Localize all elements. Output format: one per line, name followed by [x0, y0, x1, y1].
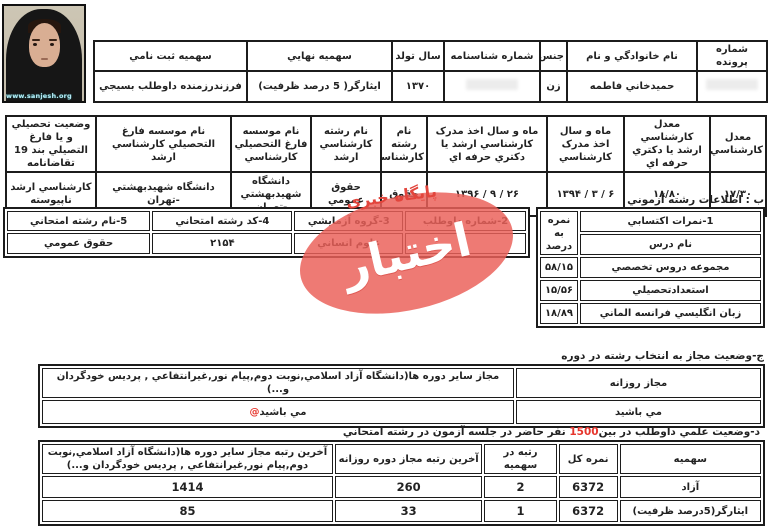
file-number-header: شماره پرونده [697, 41, 767, 71]
registration-quota-header: سهمیه ثبت نامي [94, 41, 247, 71]
msc-major-header: نام رشته کارشناسي ارشد [311, 116, 381, 172]
identity-table: شماره پرونده نام خانوادگي و نام جنس شمار… [93, 40, 768, 103]
rank-in-quota-value: 1 [484, 500, 556, 522]
bsc-gpa-header: معدل کارشناسي [710, 116, 766, 172]
total-score-value: 6372 [559, 476, 618, 498]
allowed-selection-table: مجاز روزانه مجاز سایر دوره ها(دانشگاه آز… [38, 364, 765, 428]
bsc-university-header: نام موسسه فارغ التحصیلي کارشناسي [231, 116, 311, 172]
sanjesh-watermark: www.sanjesh.org [6, 92, 72, 100]
quota-header: سهمیه [620, 444, 761, 474]
score-label: زبان انگلیسي فرانسه الماني [580, 303, 761, 324]
exam-field-name-header: 5-نام رشته امتحاني [7, 211, 150, 231]
other-periods-allowed-value: مي باشید@ [42, 400, 514, 424]
identity-header-row: شماره پرونده نام خانوادگي و نام جنس شمار… [94, 41, 767, 71]
ranks-header-row: سهمیه نمره کل رتبه در سهمیه آخرین رتبه م… [42, 444, 761, 474]
education-status-header: وضعیت تحصیلي و یا فارغ التصیلي بند 19 تق… [6, 116, 96, 172]
quota-value: آزاد [620, 476, 761, 498]
exam-info-header-row: 2-شماره داوطلب 3-گروه آزمایشي 4-کد رشته … [7, 211, 526, 231]
photo-mouth [41, 58, 48, 60]
daily-allowed-header: مجاز روزانه [516, 368, 761, 398]
final-quota-header: سهمیه نهایي [247, 41, 392, 71]
last-daily-rank-value: 33 [335, 500, 482, 522]
identity-value-row: حمیدخاني فاطمه زن ۱۳۷۰ ایثارگر( 5 درصد ظ… [94, 71, 767, 102]
allowed-value-row: مي باشید مي باشید@ [42, 400, 761, 424]
score-row: مجموعه دروس تخصصي ۵۸/۱۵ [540, 257, 761, 278]
redacted-value-blur [466, 79, 518, 90]
rank-row-isargar: ایثارگر(5درصد ظرفیت) 6372 1 33 85 [42, 500, 761, 522]
score-percent-header: نمره به درصد [540, 211, 578, 255]
exam-group-value: علوم انساني [294, 233, 403, 254]
last-daily-rank-header: آخرین رتبه مجاز دوره روزانه [335, 444, 482, 474]
redacted-value-blur [706, 79, 758, 90]
id-number-header: شماره شناسنامه [444, 41, 540, 71]
education-header-row: معدل کارشناسي معدل کارشناسي ارشد یا دکتر… [6, 116, 766, 172]
score-row: زبان انگلیسي فرانسه الماني ۱۸/۸۹ [540, 303, 761, 324]
section-c-title: ج-وضعیت مجاز به انتخاب رشته در دوره [561, 350, 764, 362]
last-other-rank-header: آخرین رتبه مجاز سایر دوره ها(دانشگاه آزا… [42, 444, 333, 474]
registration-quota-value: فرزندرزمنده داوطلب بسیجي [94, 71, 247, 102]
quota-value: ایثارگر(5درصد ظرفیت) [620, 500, 761, 522]
section-d-title-pre: د-وضعیت علمي داوطلب در بین [599, 426, 760, 438]
exam-info-table: 2-شماره داوطلب 3-گروه آزمایشي 4-کد رشته … [3, 207, 530, 258]
last-daily-rank-value: 260 [335, 476, 482, 498]
full-name-value: حمیدخاني فاطمه [567, 71, 697, 102]
daily-allowed-value: مي باشید [516, 400, 761, 424]
photo-brow-right [49, 39, 57, 41]
bsc-major-header: نام رشته کارشناسي [381, 116, 427, 172]
gender-header: جنس [540, 41, 567, 71]
exam-result-document: { "meta": { "lang": "fa", "direction": "… [0, 0, 768, 528]
exam-field-name-value: حقوق عمومي [7, 233, 150, 254]
msc-university-header: نام موسسه فارغ التحصیلي کارشناسي ارشد [96, 116, 231, 172]
daily-allowed-text: مي باشید [615, 407, 662, 418]
section-d-title-count: 1500 [569, 426, 598, 438]
msc-gpa-header: معدل کارشناسي ارشد یا دکتري حرفه اي [624, 116, 710, 172]
rank-results-table: سهمیه نمره کل رتبه در سهمیه آخرین رتبه م… [38, 440, 765, 526]
exam-group-header: 3-گروه آزمایشي [294, 211, 403, 231]
acquired-scores-header: 1-نمرات اکتسابي [580, 211, 761, 232]
total-score-header: نمره کل [559, 444, 618, 474]
score-row: استعدادتحصیلي ۱۵/۵۶ [540, 280, 761, 301]
allowed-header-row: مجاز روزانه مجاز سایر دوره ها(دانشگاه آز… [42, 368, 761, 398]
score-value: ۱۵/۵۶ [540, 280, 578, 301]
score-label: استعدادتحصیلي [580, 280, 761, 301]
course-name-header: نام درس [580, 234, 761, 255]
exam-info-value-row: علوم انساني ۲۱۵۴ حقوق عمومي [7, 233, 526, 254]
candidate-number-value [405, 233, 526, 254]
candidate-number-header: 2-شماره داوطلب [405, 211, 526, 231]
scores-header-row: 1-نمرات اکتسابي نمره به درصد [540, 211, 761, 232]
acquired-scores-table: 1-نمرات اکتسابي نمره به درصد نام درس مجم… [536, 207, 765, 328]
rank-in-quota-header: رتبه در سهمیه [484, 444, 556, 474]
score-value: ۵۸/۱۵ [540, 257, 578, 278]
other-periods-text: مي باشید [259, 407, 306, 418]
total-score-value: 6372 [559, 500, 618, 522]
gender-value: زن [540, 71, 567, 102]
photo-eye-right [50, 43, 54, 46]
full-name-header: نام خانوادگي و نام [567, 41, 697, 71]
photo-brow-left [32, 39, 40, 41]
rank-row-azad: آزاد 6372 2 260 1414 [42, 476, 761, 498]
section-b-title: ب : اطلاعات رشته آزموني [627, 194, 764, 206]
msc-degree-date-header: ماه و سال اخذ مدرک کارشناسي ارشد یا دکتر… [427, 116, 547, 172]
score-value: ۱۸/۸۹ [540, 303, 578, 324]
other-periods-suffix: @ [249, 407, 259, 418]
candidate-photo: www.sanjesh.org [2, 4, 86, 103]
other-periods-allowed-header: مجاز سایر دوره ها(دانشگاه آزاد اسلامي,نو… [42, 368, 514, 398]
score-label: مجموعه دروس تخصصي [580, 257, 761, 278]
final-quota-value: ایثارگر( 5 درصد ظرفیت) [247, 71, 392, 102]
last-other-rank-value: 85 [42, 500, 333, 522]
bsc-degree-date-header: ماه و سال اخذ مدرک کارشناسي [547, 116, 624, 172]
birth-year-header: سال تولد [392, 41, 444, 71]
last-other-rank-value: 1414 [42, 476, 333, 498]
rank-in-quota-value: 2 [484, 476, 556, 498]
section-d-title: د-وضعیت علمي داوطلب در بین1500 نفر حاضر … [343, 426, 760, 438]
exam-field-code-header: 4-کد رشته امتحاني [152, 211, 292, 231]
exam-field-code-value: ۲۱۵۴ [152, 233, 292, 254]
id-number-value [444, 71, 540, 102]
photo-eye-left [33, 43, 37, 46]
section-d-title-post: نفر حاضر در جلسه آزمون در رشته امتحاني [343, 426, 569, 438]
birth-year-value: ۱۳۷۰ [392, 71, 444, 102]
file-number-value [697, 71, 767, 102]
